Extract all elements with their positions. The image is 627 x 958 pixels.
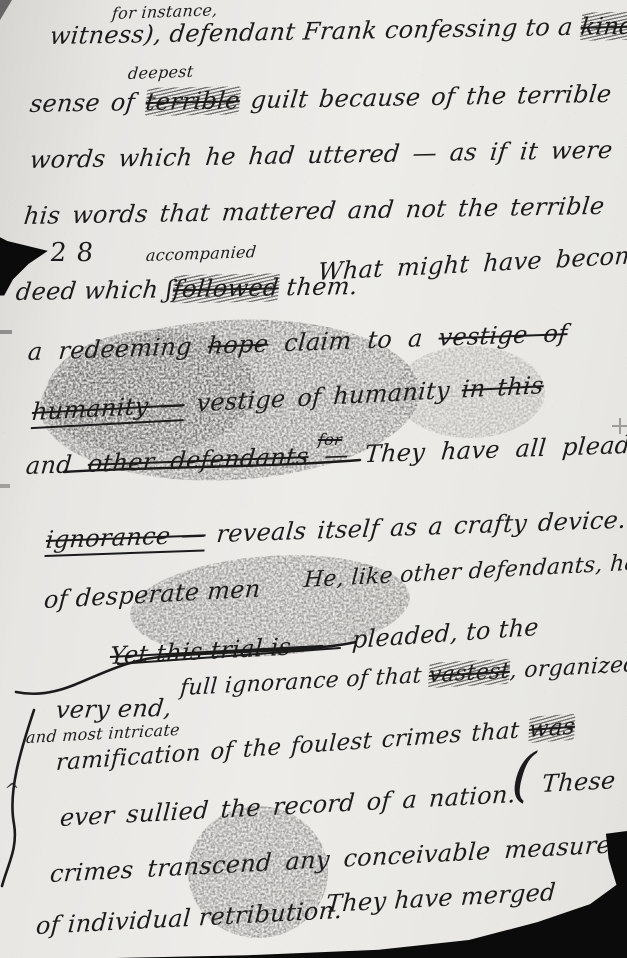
strike-stroke-defendants [64, 460, 360, 472]
struck-text: other defendants [87, 442, 310, 478]
stroke-layer [0, 0, 627, 958]
line-sense: sense of terrible guilt because of the t… [29, 82, 613, 116]
handwritten-text: ever sullied the record of a nation. [59, 780, 517, 832]
handwritten-text: These [541, 766, 617, 798]
struck-text: humanity — [31, 390, 186, 429]
handwritten-text: for instance, [111, 0, 218, 23]
line-witness: witness), defendant Frank confessing to … [49, 13, 627, 48]
struck-text: for [317, 430, 343, 449]
handwritten-text: his words that mattered and not the terr… [23, 192, 606, 230]
handwritten-text: full ignorance of that [179, 663, 430, 701]
text-layer: for instance,witness), defendant Frank c… [0, 0, 627, 958]
struck-text: terrible [144, 86, 241, 116]
line-defendants: and other defendants — They have all ple… [25, 432, 627, 478]
annotation-for-instance: for instance, [111, 2, 218, 22]
line-his-words: his words that mattered and not the terr… [23, 194, 606, 228]
line-yet: Yet this trial is — [109, 633, 324, 668]
handwritten-text: witness), defendant Frank confessing to … [49, 13, 583, 50]
handwritten-text: ( [509, 740, 538, 809]
handwritten-text: deepest [127, 62, 194, 83]
annotation-accompanied: accompanied [145, 244, 257, 264]
handwritten-text: deed which ʃ [15, 275, 175, 306]
struck-text: followed [172, 273, 281, 303]
scan-corner-artifact-top-sliver [0, 0, 12, 20]
struck-text: Yet this trial is — [109, 631, 324, 670]
handwritten-text: They have merged [325, 878, 557, 918]
handwritten-text: of individual retribution. [35, 896, 343, 940]
margin-bracket-stroke [2, 710, 34, 886]
handwritten-text: very end, [55, 694, 174, 724]
handwritten-text: vestige of humanity [184, 375, 463, 418]
handwritten-text: ^ [3, 780, 21, 801]
handwritten-text: sense of [29, 88, 148, 118]
line-humanity: humanity — vestige of humanity in this [31, 373, 544, 424]
bracket-mark: ( [509, 745, 537, 804]
line-ever-sullied: ever sullied the record of a nation. [59, 782, 516, 830]
handwritten-text: claim to a [267, 324, 440, 358]
struck-text: was [528, 714, 575, 743]
line-pleaded: pleaded, to the [351, 615, 539, 652]
handwritten-text: 28 [48, 238, 105, 268]
handwritten-text: them. [277, 272, 359, 301]
page-number: 28 [48, 240, 104, 266]
handwritten-text: crimes transcend any conceivable measure [49, 831, 612, 889]
handwritten-text: What might have become [317, 240, 627, 286]
struck-text: in this [461, 371, 545, 403]
handwritten-text: ramification of the foulest crimes that [55, 717, 529, 776]
handwritten-text: pleaded, to the [351, 613, 539, 654]
scan-corner-artifact-top-left [0, 236, 52, 298]
smudge-blob-bottom [188, 806, 328, 938]
line-these: These [541, 768, 616, 796]
line-individual: of individual retribution. [35, 898, 343, 938]
caret-mark: ^ [3, 782, 21, 800]
annotation-deepest: deepest [127, 64, 194, 82]
paper-speck [612, 418, 627, 434]
strike-stroke-yet-second [118, 648, 340, 664]
line-full-ignorance: full ignorance of that vastest, organize… [179, 654, 627, 700]
paper-speck [0, 330, 12, 334]
line-what-might: What might have become [317, 242, 627, 284]
smudge-layer [0, 0, 627, 958]
line-very-end: very end, [55, 696, 173, 722]
strike-stroke-yet-sweep [16, 642, 356, 694]
handwritten-text: of desperate men [43, 575, 262, 614]
line-they-merged: They have merged [325, 880, 557, 916]
handwritten-text: , organized [509, 652, 627, 684]
line-words: words which he had uttered — as if it we… [29, 138, 614, 172]
handwritten-text: and most intricate [25, 720, 180, 747]
line-deed: deed which ʃfollowed them. [15, 274, 359, 304]
handwritten-text: and [25, 450, 89, 480]
struck-text: vestige of [437, 319, 568, 352]
manuscript-page: for instance,witness), defendant Frank c… [0, 0, 627, 958]
line-desperate: of desperate men [43, 577, 261, 612]
scan-corner-artifact-bottom-right [100, 820, 627, 958]
handwritten-text: accompanied [145, 242, 257, 265]
struck-text: kind of [579, 11, 627, 41]
annotation-intricate: and most intricate [25, 722, 180, 746]
handwritten-text: He, like other defendants, have [303, 549, 627, 593]
struck-text: vastest [428, 659, 511, 688]
handwritten-text: — They have all pleaded [307, 430, 627, 470]
smudge-blob-main [36, 310, 545, 490]
line-he-like: He, like other defendants, have [303, 551, 627, 592]
handwritten-text: words which he had uttered — as if it we… [29, 136, 615, 174]
smudge-blob-middle [127, 546, 413, 665]
struck-text: ignorance — [45, 520, 207, 557]
annotation-for: for [317, 432, 343, 448]
handwritten-text: guilt because of the terrible [238, 80, 613, 115]
photocopy-grain [0, 0, 627, 958]
line-crimes: crimes transcend any conceivable measure [49, 833, 612, 887]
struck-text: hope [207, 330, 270, 360]
line-redeeming: a redeeming hope claim to a vestige of [27, 321, 569, 364]
line-ignorance: ignorance — reveals itself as a crafty d… [45, 508, 627, 552]
handwritten-text: reveals itself as a crafty device. [204, 506, 627, 549]
line-ramification: ramification of the foulest crimes that … [55, 716, 575, 775]
paper-speck [0, 484, 10, 488]
handwritten-text: a redeeming [27, 332, 209, 366]
